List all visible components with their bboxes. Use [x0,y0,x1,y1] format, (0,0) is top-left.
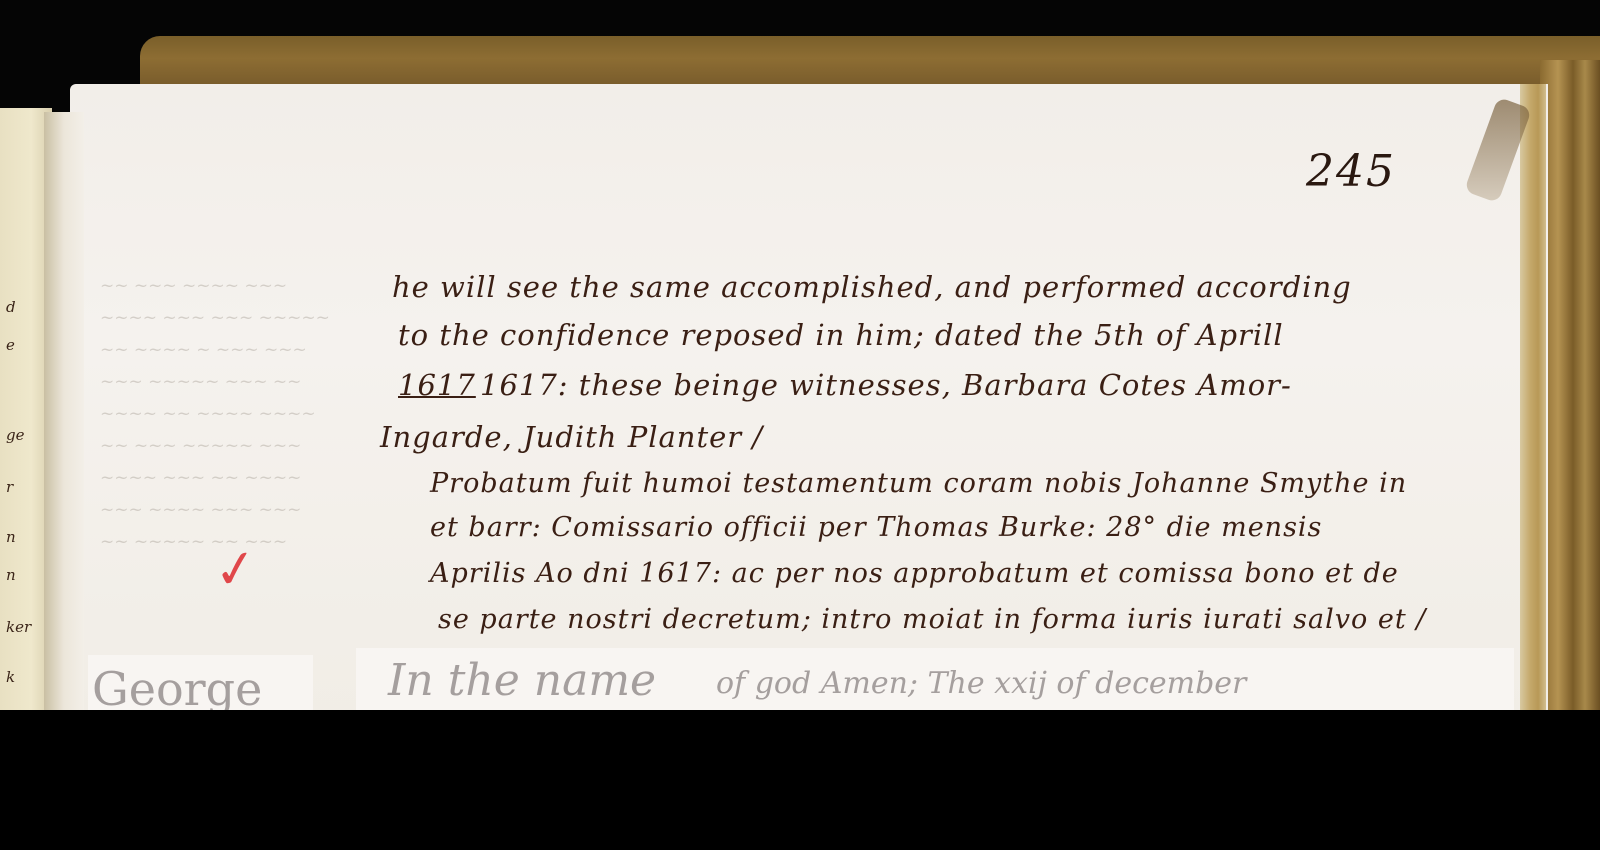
manuscript-line-3: 1617 [398,368,476,402]
left-page-fragment: k [6,668,15,686]
year-mark: 1617 [398,368,476,402]
left-page-fragment: d [6,298,16,316]
manuscript-line-7: Aprilis Ao dni 1617: ac per nos approbat… [430,558,1399,589]
book-binding-right [1540,60,1600,725]
overlay-heading-continuation: of god Amen; The xxij of december [716,666,1246,701]
manuscript-line-2: to the confidence reposed in him; dated … [398,318,1284,352]
overlay-name: George [92,662,262,716]
folio-number: 245 [1306,146,1396,197]
left-page-fragment: ker [6,618,31,636]
folio-digits: 245 [1306,146,1396,197]
manuscript-line-6: et barr: Comissario officii per Thomas B… [430,512,1322,543]
left-page-fragment: n [6,528,16,546]
manuscript-line-3-text: 1617: these beinge witnesses, Barbara Co… [480,368,1292,402]
manuscript-line-4: Ingarde, Judith Planter / [380,420,763,454]
left-page-fragment: r [6,478,13,496]
manuscript-photo: d e ge r n n ker k ~~ ~~~ ~~~~ ~~~ ~~~~ … [0,0,1600,725]
manuscript-line-1: he will see the same accomplished, and p… [392,270,1352,304]
manuscript-line-8: se parte nostri decretum; intro moiat in… [438,604,1426,635]
left-page-fragment: e [6,336,15,354]
page-edges [1520,84,1546,725]
left-page-fragment: ge [6,426,24,444]
left-page-fragment: n [6,566,16,584]
witness-line: 1617: these beinge witnesses, Barbara Co… [480,368,1292,402]
manuscript-line-5: Probatum fuit humoi testamentum coram no… [430,468,1407,499]
red-check-icon: ✓ [210,537,262,602]
black-margin [0,710,1600,850]
page-gutter [44,112,84,725]
overlay-heading: In the name [388,655,656,706]
